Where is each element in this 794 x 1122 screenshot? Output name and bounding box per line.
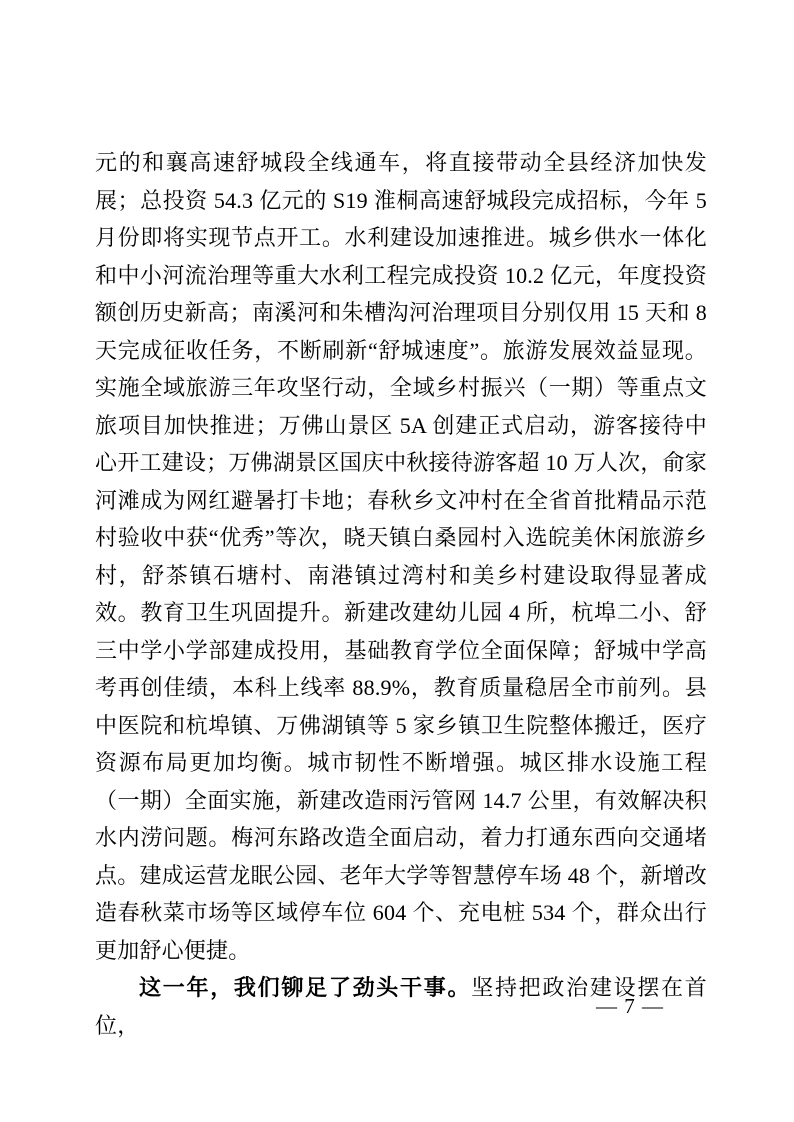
- paragraph-achievements-continuation: 元的和襄高速舒城段全线通车，将直接带动全县经济加快发展；总投资 54.3 亿元的…: [95, 144, 707, 969]
- text-segment: 新建改建幼儿园 4 所，杭埠二小、舒三中学小学部建成投用，基础教育学位全面保障；…: [95, 600, 707, 775]
- text-segment: 城区排水设施工程（一期）全面实施，新建改造雨污管网 14.7 公里，有效解决积水…: [95, 750, 707, 963]
- emphasis-segment-tourism: 旅游发展效益显现。: [503, 338, 707, 363]
- text-segment: 实施全域旅游三年攻坚行动，全域乡村振兴（一期）等重点文旅项目加快推进；万佛山景区…: [95, 375, 707, 625]
- page-number: — 7 —: [560, 991, 700, 1021]
- emphasis-segment-education-health: 教育卫生巩固提升。: [140, 600, 344, 625]
- document-page: 元的和襄高速舒城段全线通车，将直接带动全县经济加快发展；总投资 54.3 亿元的…: [0, 0, 794, 1122]
- bold-lead-segment: 这一年，我们铆足了劲头干事。: [139, 975, 471, 1000]
- text-block: 元的和襄高速舒城段全线通车，将直接带动全县经济加快发展；总投资 54.3 亿元的…: [95, 144, 707, 1044]
- emphasis-segment-water-conservancy: 水利建设加速推进。: [345, 225, 549, 250]
- emphasis-segment-urban-resilience: 城市韧性不断增强。: [307, 750, 519, 775]
